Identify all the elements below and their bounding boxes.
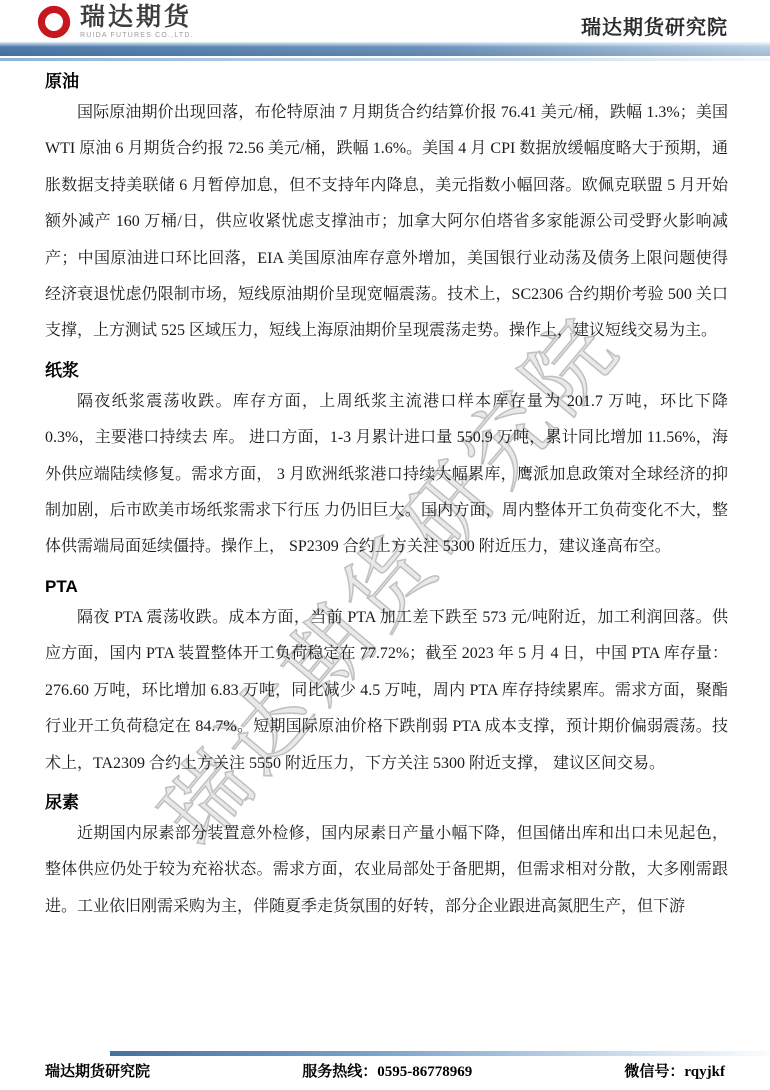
section-paragraph: 近期国内尿素部分装置意外检修，国内尿素日产量小幅下降，但国储出库和出口未见起色，… [45, 816, 728, 925]
section-paragraph: 国际原油期价出现回落，布伦特原油 7 月期货合约结算价报 76.41 美元/桶，… [45, 95, 728, 350]
brand-logo: 瑞达期货 RUIDA FUTURES CO.,LTD. [35, 3, 194, 41]
section-heading: 纸浆 [45, 358, 728, 384]
ruida-logo-icon [35, 3, 73, 41]
footer-institute-name: 瑞达期货研究院 [45, 1060, 150, 1081]
report-body: 原油 国际原油期价出现回落，布伦特原油 7 月期货合约结算价报 76.41 美元… [0, 69, 770, 925]
section-crude-oil: 原油 国际原油期价出现回落，布伦特原油 7 月期货合约结算价报 76.41 美元… [45, 69, 728, 350]
report-page: 瑞达期货 RUIDA FUTURES CO.,LTD. 瑞达期货研究院 瑞达期货… [0, 0, 770, 1090]
section-heading: PTA [45, 574, 728, 600]
brand-logo-text: 瑞达期货 RUIDA FUTURES CO.,LTD. [80, 4, 194, 40]
section-paragraph: 隔夜 PTA 震荡收跌。成本方面，当前 PTA 加工差下跌至 573 元/吨附近… [45, 600, 728, 782]
header-divider-bar [0, 42, 770, 56]
section-pulp: 纸浆 隔夜纸浆震荡收跌。库存方面，上周纸浆主流港口样本库存量为 201.7 万吨… [45, 358, 728, 566]
section-paragraph: 隔夜纸浆震荡收跌。库存方面，上周纸浆主流港口样本库存量为 201.7 万吨，环比… [45, 384, 728, 566]
section-heading: 尿素 [45, 790, 728, 816]
footer-divider-bar [110, 1051, 770, 1056]
page-header: 瑞达期货 RUIDA FUTURES CO.,LTD. 瑞达期货研究院 [0, 0, 770, 42]
brand-name-cn: 瑞达期货 [80, 4, 194, 30]
footer-wechat-id: 微信号：rqyjkf [624, 1060, 725, 1081]
brand-name-en: RUIDA FUTURES CO.,LTD. [80, 32, 194, 40]
section-heading: 原油 [45, 69, 728, 95]
footer-service-hotline: 服务热线：0595-86778969 [302, 1060, 472, 1081]
section-urea: 尿素 近期国内尿素部分装置意外检修，国内尿素日产量小幅下降，但国储出库和出口未见… [45, 790, 728, 925]
page-footer: 瑞达期货研究院 服务热线：0595-86778969 微信号：rqyjkf [45, 1060, 725, 1081]
section-pta: PTA 隔夜 PTA 震荡收跌。成本方面，当前 PTA 加工差下跌至 573 元… [45, 574, 728, 782]
header-divider-accent-line [0, 58, 770, 61]
header-institute-title: 瑞达期货研究院 [581, 11, 728, 41]
